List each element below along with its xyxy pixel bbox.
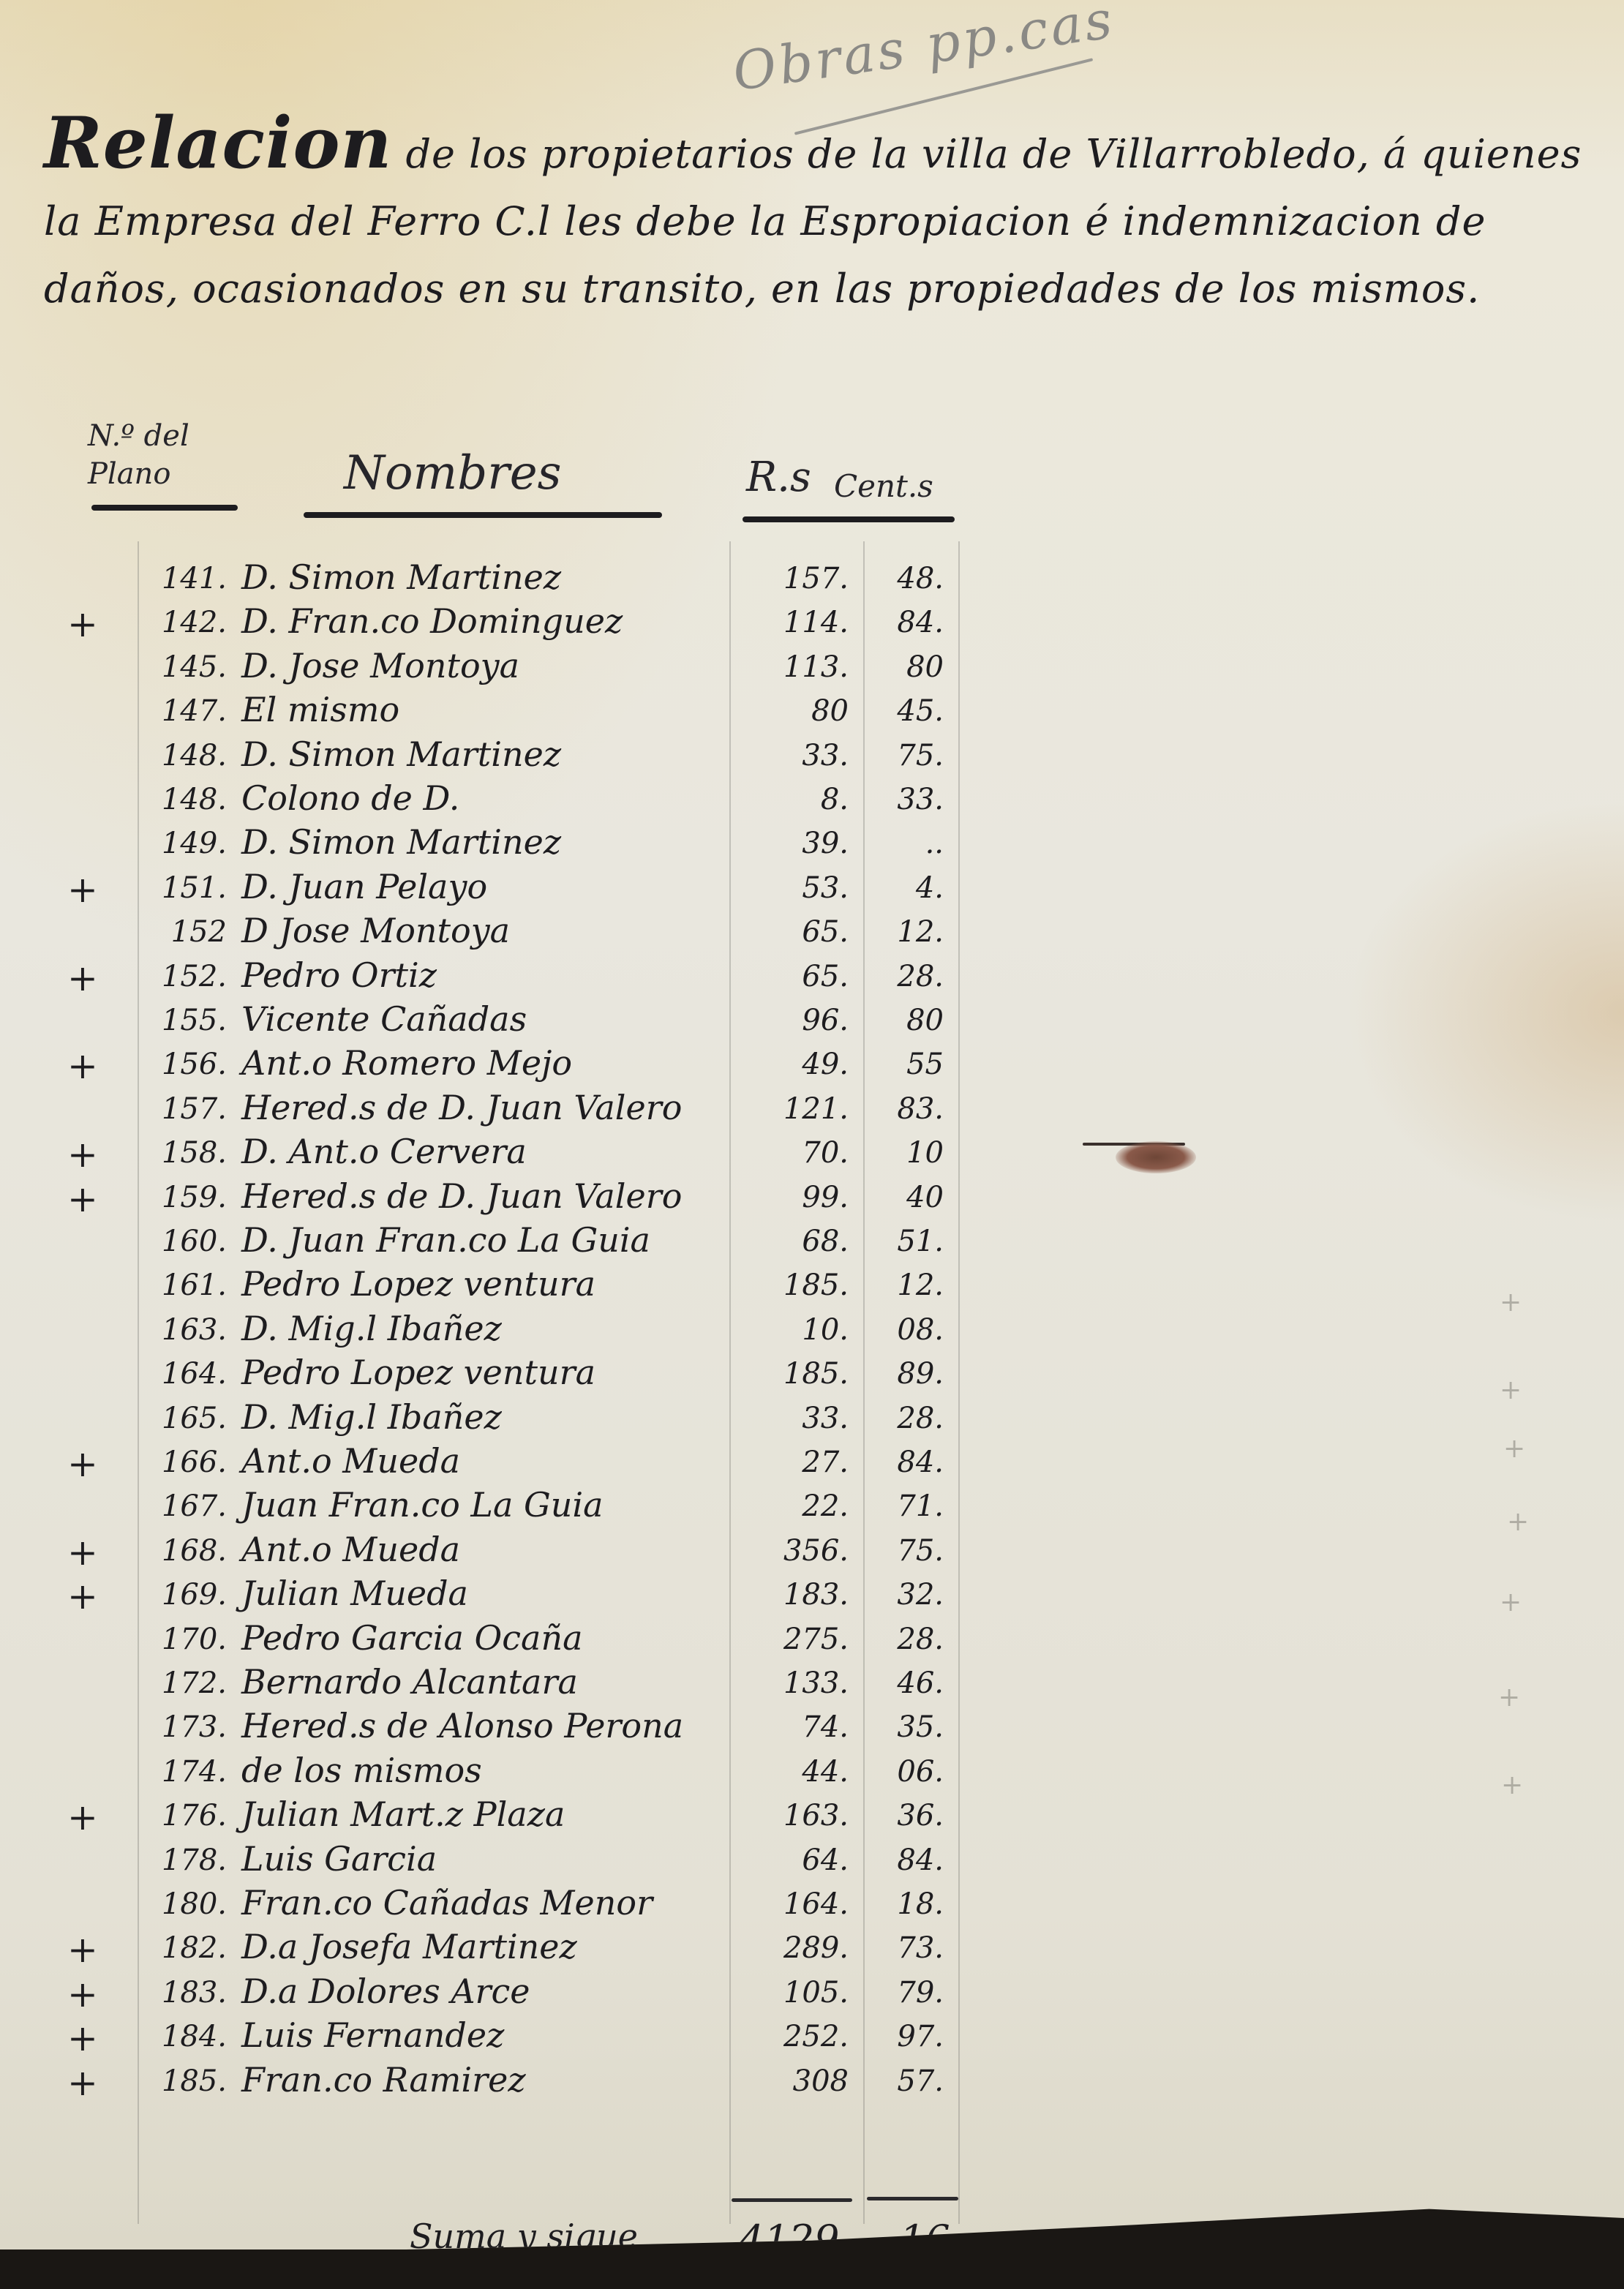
table-row: +184.Luis Fernandez252.97.	[0, 2014, 1024, 2058]
plano-number: 180.	[117, 1887, 227, 1921]
document-title: Relacion de los propietarios de la villa…	[44, 110, 1595, 323]
owner-name: Ant.o Romero Mejo	[241, 1043, 572, 1083]
table-row: 178.Luis Garcia64.84.	[0, 1838, 1024, 1882]
table-row: +166.Ant.o Mueda27.84.	[0, 1440, 1024, 1484]
amount-reales: 113.	[732, 650, 849, 684]
table-row: 172.Bernardo Alcantara133.46.	[0, 1661, 1024, 1704]
table-row: 170.Pedro Garcia Ocaña275.28.	[0, 1617, 1024, 1661]
amount-reales: 133.	[732, 1666, 849, 1700]
amount-centimos: 84.	[871, 606, 944, 639]
bleed-through-mark: +	[1501, 1770, 1523, 1800]
cross-mark: +	[67, 2061, 98, 2104]
owner-name: D.a Josefa Martinez	[241, 1927, 577, 1966]
amount-centimos: 12.	[871, 915, 944, 949]
amount-centimos: 84.	[871, 1843, 944, 1877]
table-row: +142.D. Fran.co Dominguez114.84.	[0, 600, 1024, 644]
cross-mark: +	[67, 868, 98, 911]
plano-number: 168.	[117, 1534, 227, 1568]
owner-name: El mismo	[241, 690, 399, 729]
owner-name: D. Mig.l Ibañez	[241, 1397, 502, 1437]
header-centimos: Cent.s	[834, 468, 933, 504]
amount-reales: 49.	[732, 1048, 849, 1081]
table-row: +151.D. Juan Pelayo53.4.	[0, 865, 1024, 909]
owner-name: D. Ant.o Cervera	[241, 1132, 527, 1171]
amount-centimos: ..	[871, 827, 944, 860]
amount-reales: 96.	[732, 1004, 849, 1037]
owner-name: D. Simon Martinez	[241, 557, 561, 597]
amount-reales: 53.	[732, 871, 849, 905]
bleed-through-mark: +	[1498, 1683, 1520, 1713]
owner-name: D. Jose Montoya	[241, 646, 519, 685]
table-row: 149.D. Simon Martinez39...	[0, 821, 1024, 865]
cross-mark: +	[67, 603, 98, 645]
plano-number: 152	[117, 915, 227, 949]
amount-reales: 289.	[732, 1931, 849, 1965]
plano-number: 169.	[117, 1578, 227, 1612]
amount-reales: 27.	[732, 1446, 849, 1479]
table-row: 165.D. Mig.l Ibañez33.28.	[0, 1396, 1024, 1440]
table-row: 160.D. Juan Fran.co La Guia68.51.	[0, 1219, 1024, 1263]
amount-centimos: 36.	[871, 1799, 944, 1833]
plano-number: 160.	[117, 1225, 227, 1258]
amount-reales: 8.	[732, 783, 849, 816]
cross-mark: +	[67, 1531, 98, 1574]
amount-reales: 99.	[732, 1181, 849, 1214]
amount-reales: 157.	[732, 562, 849, 595]
amount-centimos: 55	[871, 1048, 944, 1081]
table-row: +158.D. Ant.o Cervera70.10	[0, 1130, 1024, 1174]
table-row: 163.D. Mig.l Ibañez10.08.	[0, 1307, 1024, 1351]
bleed-through-mark: +	[1500, 1375, 1522, 1405]
table-row: 161.Pedro Lopez ventura185.12.	[0, 1263, 1024, 1307]
table-row: +182.D.a Josefa Martinez289.73.	[0, 1925, 1024, 1969]
amount-reales: 65.	[732, 915, 849, 949]
owner-name: Ant.o Mueda	[241, 1441, 460, 1481]
amount-reales: 64.	[732, 1843, 849, 1877]
amount-reales: 68.	[732, 1225, 849, 1258]
plano-number: 182.	[117, 1931, 227, 1965]
amount-centimos: 80	[871, 1004, 944, 1037]
amount-centimos: 10	[871, 1136, 944, 1170]
cross-mark: +	[67, 1133, 98, 1176]
plano-number: 148.	[117, 783, 227, 816]
owner-name: Fran.co Cañadas Menor	[241, 1883, 653, 1922]
pencil-annotation: Obras pp.cas	[729, 0, 1119, 102]
amount-centimos: 28.	[871, 1623, 944, 1656]
plano-number: 145.	[117, 650, 227, 684]
table-row: 155.Vicente Cañadas96.80	[0, 998, 1024, 1042]
amount-reales: 65.	[732, 960, 849, 993]
owner-name: Pedro Lopez ventura	[241, 1353, 595, 1392]
cross-mark: +	[67, 1178, 98, 1220]
table-row: 145.D. Jose Montoya113.80	[0, 644, 1024, 688]
sum-rule-reales	[732, 2198, 852, 2202]
owner-name: Luis Garcia	[241, 1839, 437, 1879]
plano-number: 170.	[117, 1623, 227, 1656]
plano-number: 173.	[117, 1710, 227, 1744]
amount-reales: 70.	[732, 1136, 849, 1170]
plano-number: 166.	[117, 1446, 227, 1479]
plano-number: 174.	[117, 1755, 227, 1789]
owner-name: D. Simon Martinez	[241, 734, 561, 774]
ledger-page: Obras pp.cas Relacion de los propietario…	[0, 0, 1624, 2249]
owner-name: Fran.co Ramirez	[241, 2060, 526, 2100]
amount-reales: 10.	[732, 1313, 849, 1347]
table-row: +152.Pedro Ortiz65.28.	[0, 954, 1024, 998]
plano-number: 142.	[117, 606, 227, 639]
amount-centimos: 84.	[871, 1446, 944, 1479]
amount-centimos: 73.	[871, 1931, 944, 1965]
bleed-through-mark: +	[1500, 1587, 1522, 1617]
amount-reales: 183.	[732, 1578, 849, 1612]
amount-centimos: 75.	[871, 739, 944, 773]
owner-name: Pedro Ortiz	[241, 955, 437, 995]
header-reales: R.s	[746, 454, 811, 501]
table-row: 147.El mismo8045.	[0, 688, 1024, 732]
amount-centimos: 06.	[871, 1755, 944, 1789]
total-label: Suma y sigue	[410, 2217, 638, 2256]
table-row: +176.Julian Mart.z Plaza163.36.	[0, 1793, 1024, 1837]
amount-reales: 114.	[732, 606, 849, 639]
cross-mark: +	[67, 1928, 98, 1971]
owner-name: Hered.s de D. Juan Valero	[241, 1088, 682, 1127]
owner-name: Hered.s de D. Juan Valero	[241, 1176, 682, 1216]
plano-number: 172.	[117, 1666, 227, 1700]
owner-name: D. Simon Martinez	[241, 822, 561, 862]
title-lead: Relacion	[44, 102, 392, 184]
amount-centimos: 28.	[871, 1402, 944, 1435]
plano-number: 178.	[117, 1843, 227, 1877]
owner-name: Hered.s de Alonso Perona	[241, 1706, 683, 1745]
plano-number: 163.	[117, 1313, 227, 1347]
plano-number: 157.	[117, 1092, 227, 1126]
plano-number: 147.	[117, 694, 227, 728]
plano-number: 185.	[117, 2064, 227, 2098]
amount-centimos: 79.	[871, 1976, 944, 2010]
total-reales: 4129	[739, 2217, 839, 2263]
owner-name: de los mismos	[241, 1751, 482, 1790]
owner-name: Pedro Garcia Ocaña	[241, 1618, 583, 1658]
table-row: 174.de los mismos44.06.	[0, 1749, 1024, 1793]
owner-name: D. Fran.co Dominguez	[241, 601, 623, 641]
amount-reales: 121.	[732, 1092, 849, 1126]
owner-name: D.a Dolores Arce	[241, 1972, 530, 2011]
total-centimos: 16	[900, 2217, 950, 2263]
owner-name: Luis Fernandez	[241, 2015, 504, 2055]
ink-stain	[1116, 1141, 1196, 1173]
header-plano-rule	[91, 505, 238, 511]
plano-number: 152.	[117, 960, 227, 993]
owner-name: Ant.o Mueda	[241, 1530, 460, 1569]
total-separator: —	[841, 2217, 881, 2263]
plano-number: 158.	[117, 1136, 227, 1170]
amount-reales: 164.	[732, 1887, 849, 1921]
plano-number: 141.	[117, 562, 227, 595]
table-row: +185.Fran.co Ramirez30857.	[0, 2059, 1024, 2102]
table-row: 180.Fran.co Cañadas Menor164.18.	[0, 1882, 1024, 1925]
owner-name: Julian Mueda	[241, 1574, 468, 1613]
amount-centimos: 51.	[871, 1225, 944, 1258]
amount-reales: 252.	[732, 2020, 849, 2053]
amount-centimos: 83.	[871, 1092, 944, 1126]
amount-centimos: 46.	[871, 1666, 944, 1700]
amount-reales: 163.	[732, 1799, 849, 1833]
plano-number: 184.	[117, 2020, 227, 2053]
header-nombre: Nombres	[344, 446, 562, 500]
table-row: 167.Juan Fran.co La Guia22.71.	[0, 1484, 1024, 1527]
owner-name: D. Juan Fran.co La Guia	[241, 1220, 650, 1260]
plano-number: 151.	[117, 871, 227, 905]
amount-centimos: 18.	[871, 1887, 944, 1921]
amount-centimos: 71.	[871, 1489, 944, 1523]
amount-reales: 33.	[732, 739, 849, 773]
owner-name: Juan Fran.co La Guia	[241, 1485, 604, 1525]
plano-number: 155.	[117, 1004, 227, 1037]
amount-centimos: 75.	[871, 1534, 944, 1568]
amount-reales: 44.	[732, 1755, 849, 1789]
owner-name: Bernardo Alcantara	[241, 1662, 578, 1702]
amount-centimos: 80	[871, 650, 944, 684]
owner-name: D. Mig.l Ibañez	[241, 1309, 502, 1348]
amount-centimos: 48.	[871, 562, 944, 595]
amount-reales: 105.	[732, 1976, 849, 2010]
owner-name: D. Juan Pelayo	[241, 867, 487, 906]
bleed-through-mark: +	[1507, 1507, 1529, 1537]
owner-name: Pedro Lopez ventura	[241, 1264, 595, 1304]
table-row: +183.D.a Dolores Arce105.79.	[0, 1970, 1024, 2014]
bleed-through-mark: +	[1500, 1288, 1522, 1318]
plano-number: 148.	[117, 739, 227, 773]
table-row: 148.Colono de D.8.33.	[0, 777, 1024, 821]
amount-reales: 185.	[732, 1357, 849, 1391]
amount-reales: 356.	[732, 1534, 849, 1568]
table-row: 148.D. Simon Martinez33.75.	[0, 733, 1024, 777]
cross-mark: +	[67, 1443, 98, 1485]
plano-number: 167.	[117, 1489, 227, 1523]
owner-name: Vicente Cañadas	[241, 999, 527, 1039]
amount-reales: 308	[732, 2064, 849, 2098]
table-row: 164.Pedro Lopez ventura185.89.	[0, 1351, 1024, 1395]
plano-number: 165.	[117, 1402, 227, 1435]
table-row: +169.Julian Mueda183.32.	[0, 1572, 1024, 1616]
amount-reales: 74.	[732, 1710, 849, 1744]
bleed-through-mark: +	[1503, 1434, 1525, 1464]
cross-mark: +	[67, 1575, 98, 1617]
amount-centimos: 08.	[871, 1313, 944, 1347]
owner-name: Colono de D.	[241, 778, 459, 818]
plano-number: 161.	[117, 1268, 227, 1302]
table-row: +159.Hered.s de D. Juan Valero99.40	[0, 1175, 1024, 1219]
table-row: 141.D. Simon Martinez157.48.	[0, 556, 1024, 600]
amount-centimos: 32.	[871, 1578, 944, 1612]
plano-number: 176.	[117, 1799, 227, 1833]
amount-reales: 33.	[732, 1402, 849, 1435]
header-amount-rule	[743, 516, 955, 522]
amount-reales: 185.	[732, 1268, 849, 1302]
header-nombre-rule	[304, 512, 662, 518]
plano-number: 159.	[117, 1181, 227, 1214]
table-row: +156.Ant.o Romero Mejo49.55	[0, 1042, 1024, 1086]
amount-reales: 39.	[732, 827, 849, 860]
amount-centimos: 35.	[871, 1710, 944, 1744]
amount-reales: 275.	[732, 1623, 849, 1656]
amount-centimos: 4.	[871, 871, 944, 905]
cross-mark: +	[67, 1796, 98, 1838]
table-row: +168.Ant.o Mueda356.75.	[0, 1528, 1024, 1572]
sum-rule-centimos	[867, 2197, 958, 2200]
amount-centimos: 89.	[871, 1357, 944, 1391]
header-plano: N.º del Plano	[88, 417, 263, 493]
table-row: 173.Hered.s de Alonso Perona74.35.	[0, 1704, 1024, 1748]
table-row: 152D Jose Montoya65.12.	[0, 909, 1024, 953]
amount-centimos: 12.	[871, 1268, 944, 1302]
cross-mark: +	[67, 2017, 98, 2059]
amount-centimos: 97.	[871, 2020, 944, 2053]
cross-mark: +	[67, 957, 98, 999]
amount-centimos: 33.	[871, 783, 944, 816]
owner-name: D Jose Montoya	[241, 911, 510, 950]
table-row: 157.Hered.s de D. Juan Valero121.83.	[0, 1086, 1024, 1130]
plano-number: 183.	[117, 1976, 227, 2010]
plano-number: 164.	[117, 1357, 227, 1391]
plano-number: 156.	[117, 1048, 227, 1081]
amount-centimos: 57.	[871, 2064, 944, 2098]
amount-centimos: 28.	[871, 960, 944, 993]
amount-centimos: 45.	[871, 694, 944, 728]
amount-reales: 80	[732, 694, 849, 728]
cross-mark: +	[67, 1973, 98, 2015]
plano-number: 149.	[117, 827, 227, 860]
amount-centimos: 40	[871, 1181, 944, 1214]
owner-name: Julian Mart.z Plaza	[241, 1794, 565, 1834]
amount-reales: 22.	[732, 1489, 849, 1523]
cross-mark: +	[67, 1045, 98, 1087]
